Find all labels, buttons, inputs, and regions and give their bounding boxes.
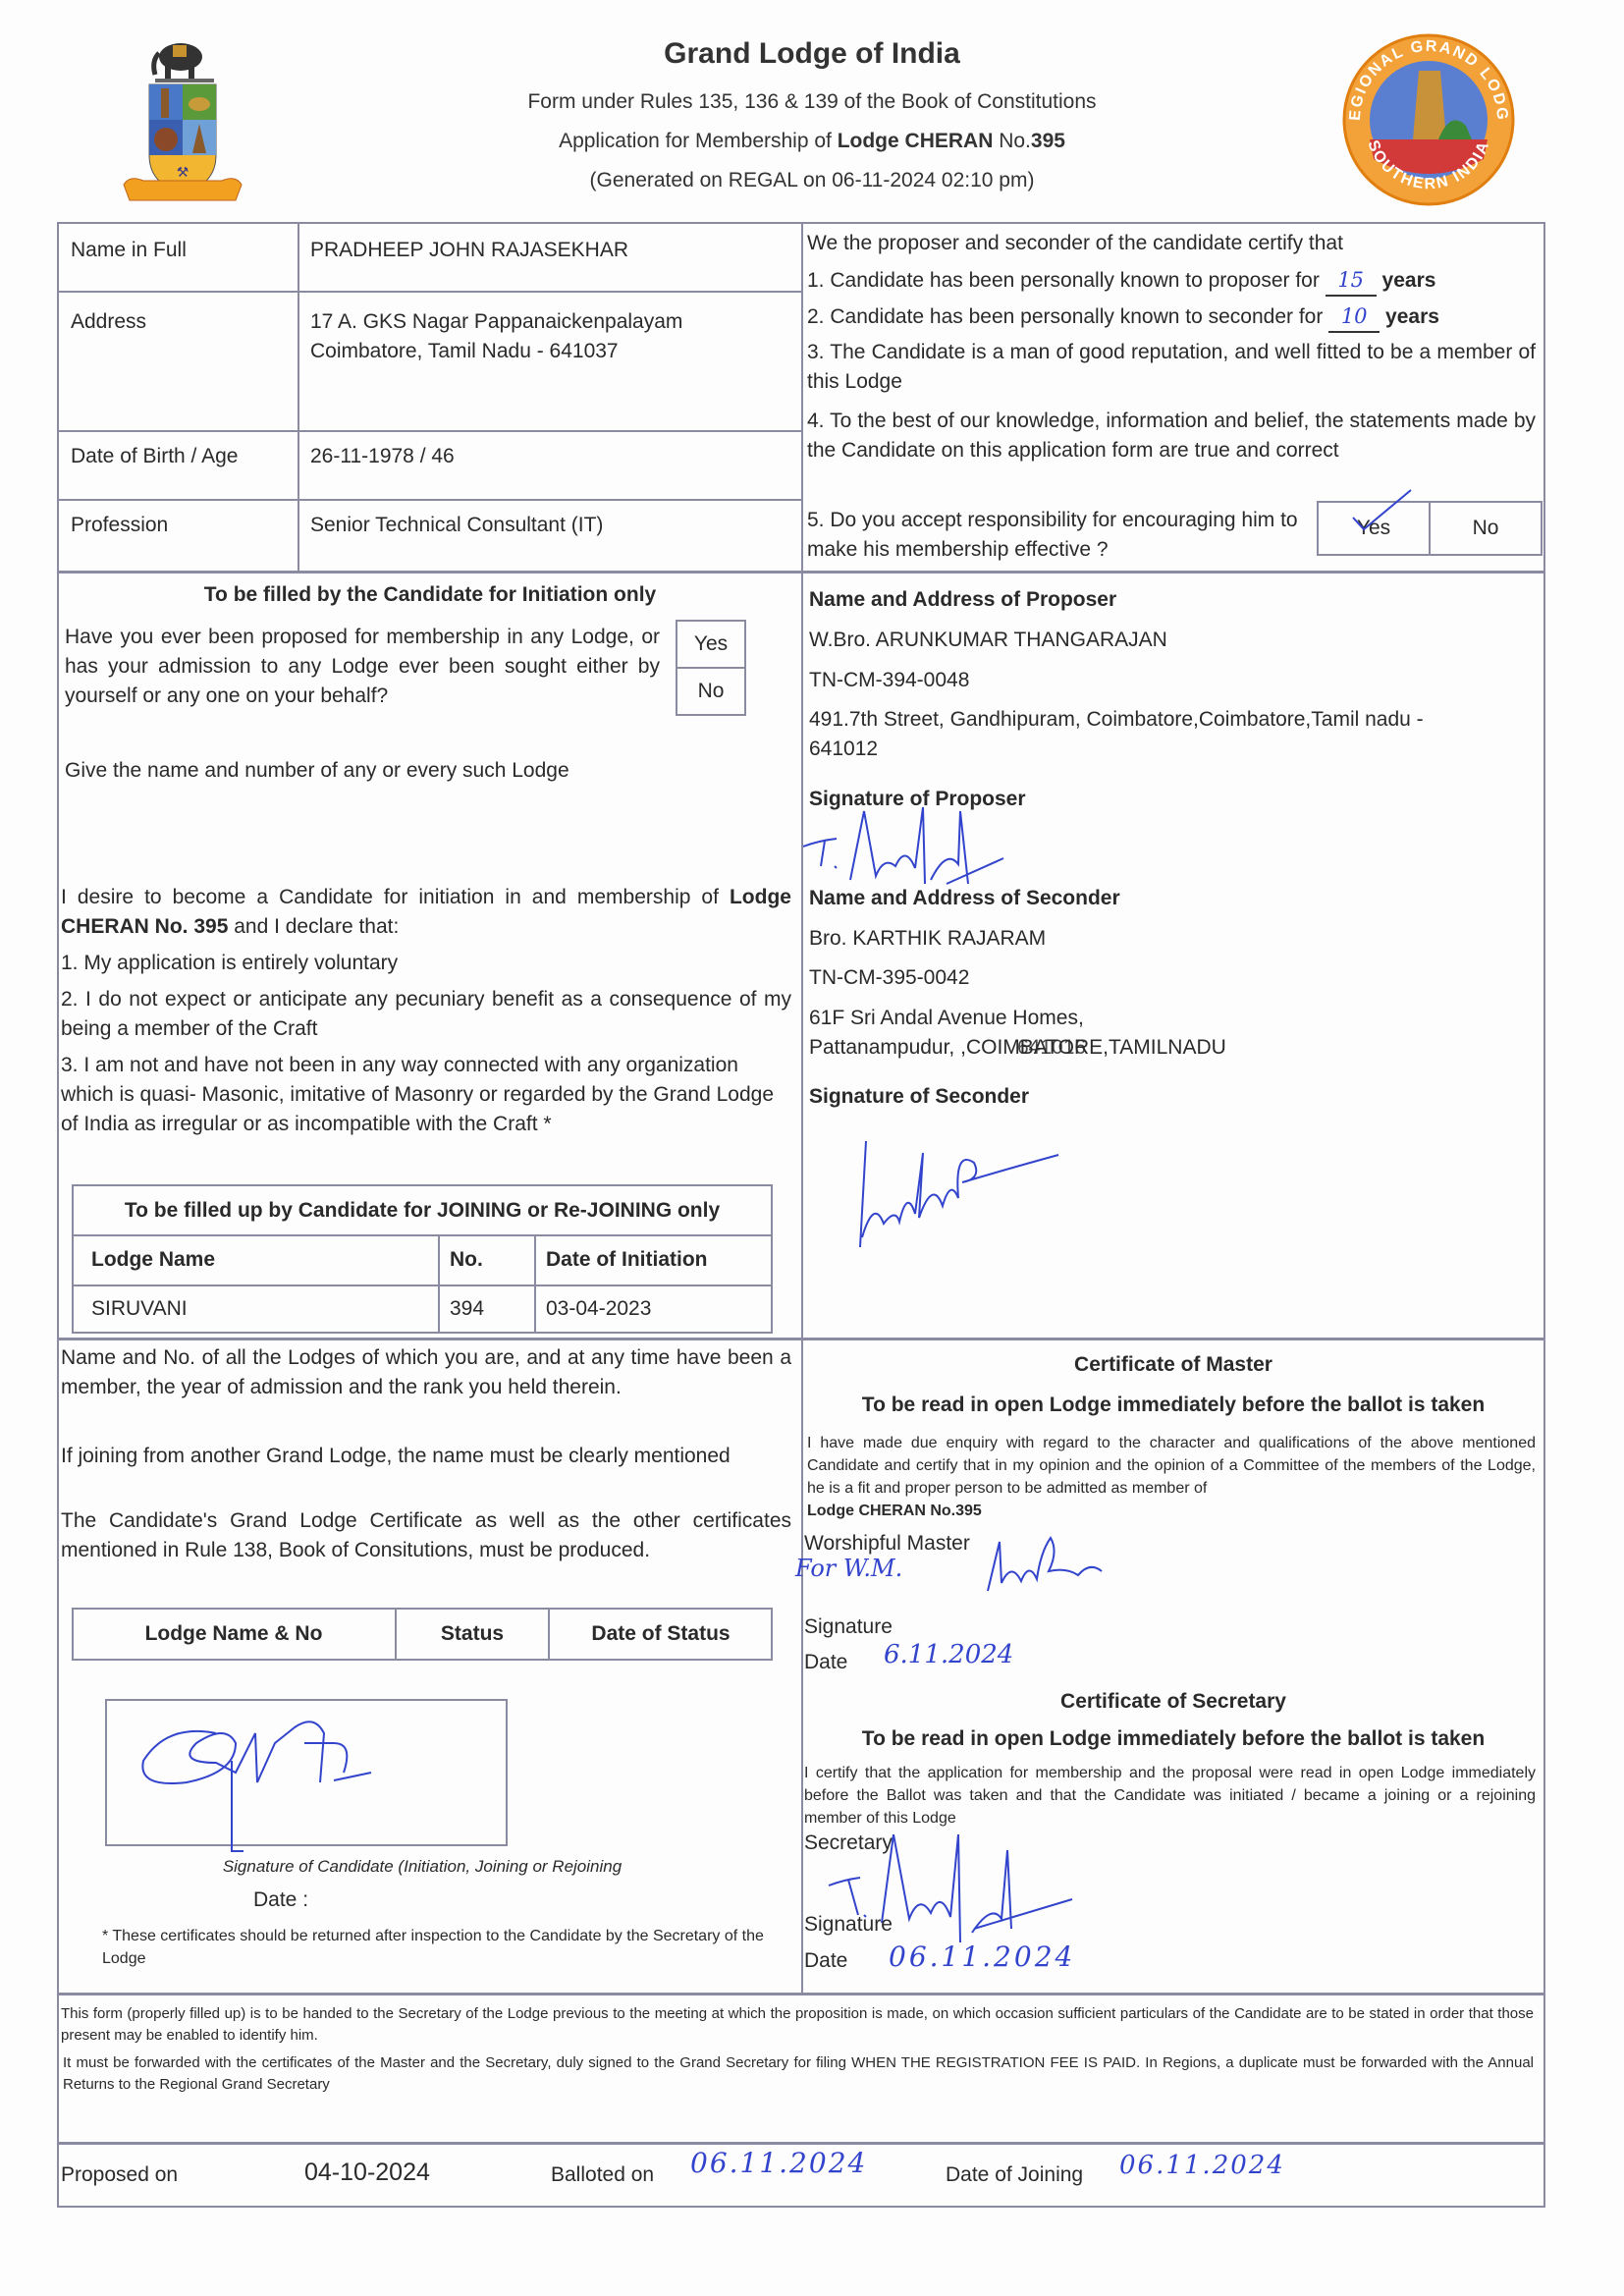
master-cert-body: I have made due enquiry with regard to t… [807, 1432, 1536, 1500]
give-name-instruction: Give the name and number of any or every… [65, 756, 569, 786]
lodges-col-status: Status [396, 1619, 549, 1649]
lodges-para2: If joining from another Grand Lodge, the… [61, 1442, 791, 1471]
left-logo: ⚒ [110, 27, 247, 204]
secretary-date-value: 06.11.2024 [889, 1942, 1075, 1972]
svg-text:⚒: ⚒ [177, 164, 189, 180]
lodges-para3: The Candidate's Grand Lodge Certificate … [61, 1506, 791, 1565]
proposer-signature [799, 786, 1015, 894]
page-title: Grand Lodge of India [517, 37, 1107, 71]
master-cert-subtitle: To be read in open Lodge immediately bef… [803, 1391, 1543, 1420]
profession-value: Senior Technical Consultant (IT) [310, 511, 603, 540]
proposer-heading: Name and Address of Proposer [809, 585, 1116, 615]
declaration-2: 2. I do not expect or anticipate any pec… [61, 985, 791, 1044]
secretary-signature-label: Signature [804, 1910, 893, 1940]
balloted-on-label: Balloted on [551, 2160, 654, 2190]
proposed-on-label: Proposed on [61, 2160, 178, 2190]
dob-label: Date of Birth / Age [71, 442, 238, 471]
checkmark-icon [1350, 486, 1419, 535]
seconder-signature [844, 1120, 1080, 1267]
right-logo: REGIONAL GRAND LODGE SOUTHERN INDIA [1340, 31, 1517, 208]
lodge-name: Lodge CHERAN [838, 130, 994, 152]
joining-col-no: No. [450, 1245, 483, 1275]
candidate-signature-caption: Signature of Candidate (Initiation, Join… [72, 1852, 773, 1882]
certificates-footnote: * These certificates should be returned … [102, 1925, 770, 1970]
crest-icon: ⚒ [110, 27, 247, 204]
lodges-col-name: Lodge Name & No [72, 1619, 396, 1649]
address-label: Address [71, 307, 146, 337]
secretary-cert-title: Certificate of Secretary [803, 1687, 1543, 1717]
lodges-para1: Name and No. of all the Lodges of which … [61, 1343, 791, 1402]
joining-row-no: 394 [450, 1294, 484, 1324]
proposer-address-line1: 491.7th Street, Gandhipuram, Coimbatore,… [809, 705, 1424, 735]
seconder-name: Bro. KARTHIK RAJARAM [809, 924, 1046, 954]
balloted-on-value: 06.11.2024 [690, 2149, 867, 2178]
seconder-years-field[interactable]: 10 [1328, 301, 1380, 333]
joining-row-date: 03-04-2023 [546, 1294, 651, 1324]
declaration-3: 3. I am not and have not been in any way… [61, 1051, 791, 1139]
certify-item3: 3. The Candidate is a man of good reputa… [807, 338, 1536, 397]
note-1: This form (properly filled up) is to be … [61, 2003, 1534, 2047]
profession-label: Profession [71, 511, 168, 540]
lodge-number: 395 [1031, 130, 1065, 152]
master-cert-title: Certificate of Master [803, 1350, 1543, 1380]
joining-col-lodge: Lodge Name [91, 1245, 215, 1275]
name-label: Name in Full [71, 236, 187, 265]
address-line1: 17 A. GKS Nagar Pappanaickenpalayam [310, 307, 682, 337]
proposer-address-line2: 641012 [809, 735, 878, 764]
secretary-cert-body: I certify that the application for membe… [804, 1762, 1536, 1830]
master-cert-lodge: Lodge CHERAN No.395 [807, 1500, 982, 1522]
certify-item5: 5. Do you accept responsibility for enco… [807, 506, 1318, 565]
secretary-cert-subtitle: To be read in open Lodge immediately bef… [803, 1724, 1543, 1754]
dob-value: 26-11-1978 / 46 [310, 442, 455, 471]
candidate-date-label: Date : [253, 1886, 308, 1915]
generated-timestamp: (Generated on REGAL on 06-11-2024 02:10 … [419, 169, 1205, 192]
seconder-reg-no: TN-CM-395-0042 [809, 963, 969, 993]
application-heading: Application for Membership of Lodge CHER… [419, 130, 1205, 153]
form-subtitle: Form under Rules 135, 136 & 139 of the B… [419, 90, 1205, 114]
declaration-1: 1. My application is entirely voluntary [61, 949, 398, 978]
address-line2: Coimbatore, Tamil Nadu - 641037 [310, 337, 619, 366]
master-handwritten-role: For W.M. [795, 1554, 902, 1583]
seconder-address-overlap: 641016 [1017, 1033, 1086, 1063]
initiation-question: Have you ever been proposed for membersh… [65, 623, 660, 711]
seconder-address-line1: 61F Sri Andal Avenue Homes, [809, 1004, 1084, 1033]
certify-item4: 4. To the best of our knowledge, informa… [807, 407, 1536, 465]
joining-col-date: Date of Initiation [546, 1245, 708, 1275]
declaration-intro: I desire to become a Candidate for initi… [61, 883, 791, 942]
candidate-signature [128, 1704, 383, 1871]
master-signature [982, 1532, 1119, 1601]
certify-intro: We the proposer and seconder of the cand… [807, 229, 1343, 258]
joining-date-value: 06.11.2024 [1119, 2151, 1285, 2180]
master-signature-label: Signature [804, 1613, 893, 1642]
proposer-years-field[interactable]: 15 [1326, 265, 1377, 297]
proposed-on-value: 04-10-2024 [304, 2158, 430, 2187]
name-value: PRADHEEP JOHN RAJASEKHAR [310, 236, 628, 265]
seconder-heading: Name and Address of Seconder [809, 884, 1120, 913]
lodges-col-date: Date of Status [549, 1619, 773, 1649]
seconder-signature-label: Signature of Seconder [809, 1082, 1029, 1112]
joining-date-label: Date of Joining [946, 2160, 1083, 2190]
joining-row-lodge: SIRUVANI [91, 1294, 188, 1324]
certify-item1: 1. Candidate has been personally known t… [807, 265, 1435, 297]
proposer-name: W.Bro. ARUNKUMAR THANGARAJAN [809, 626, 1167, 655]
joining-table-heading: To be filled up by Candidate for JOINING… [72, 1196, 773, 1226]
certify-item2: 2. Candidate has been personally known t… [807, 301, 1439, 333]
proposer-reg-no: TN-CM-394-0048 [809, 666, 969, 695]
master-date-label: Date [804, 1648, 847, 1677]
initiation-heading: To be filled by the Candidate for Initia… [59, 580, 801, 610]
note-2: It must be forwarded with the certificat… [63, 2052, 1534, 2096]
secretary-date-label: Date [804, 1946, 847, 1976]
master-date-value: 6.11.2024 [884, 1640, 1013, 1669]
seal-icon: REGIONAL GRAND LODGE SOUTHERN INDIA [1340, 31, 1517, 208]
